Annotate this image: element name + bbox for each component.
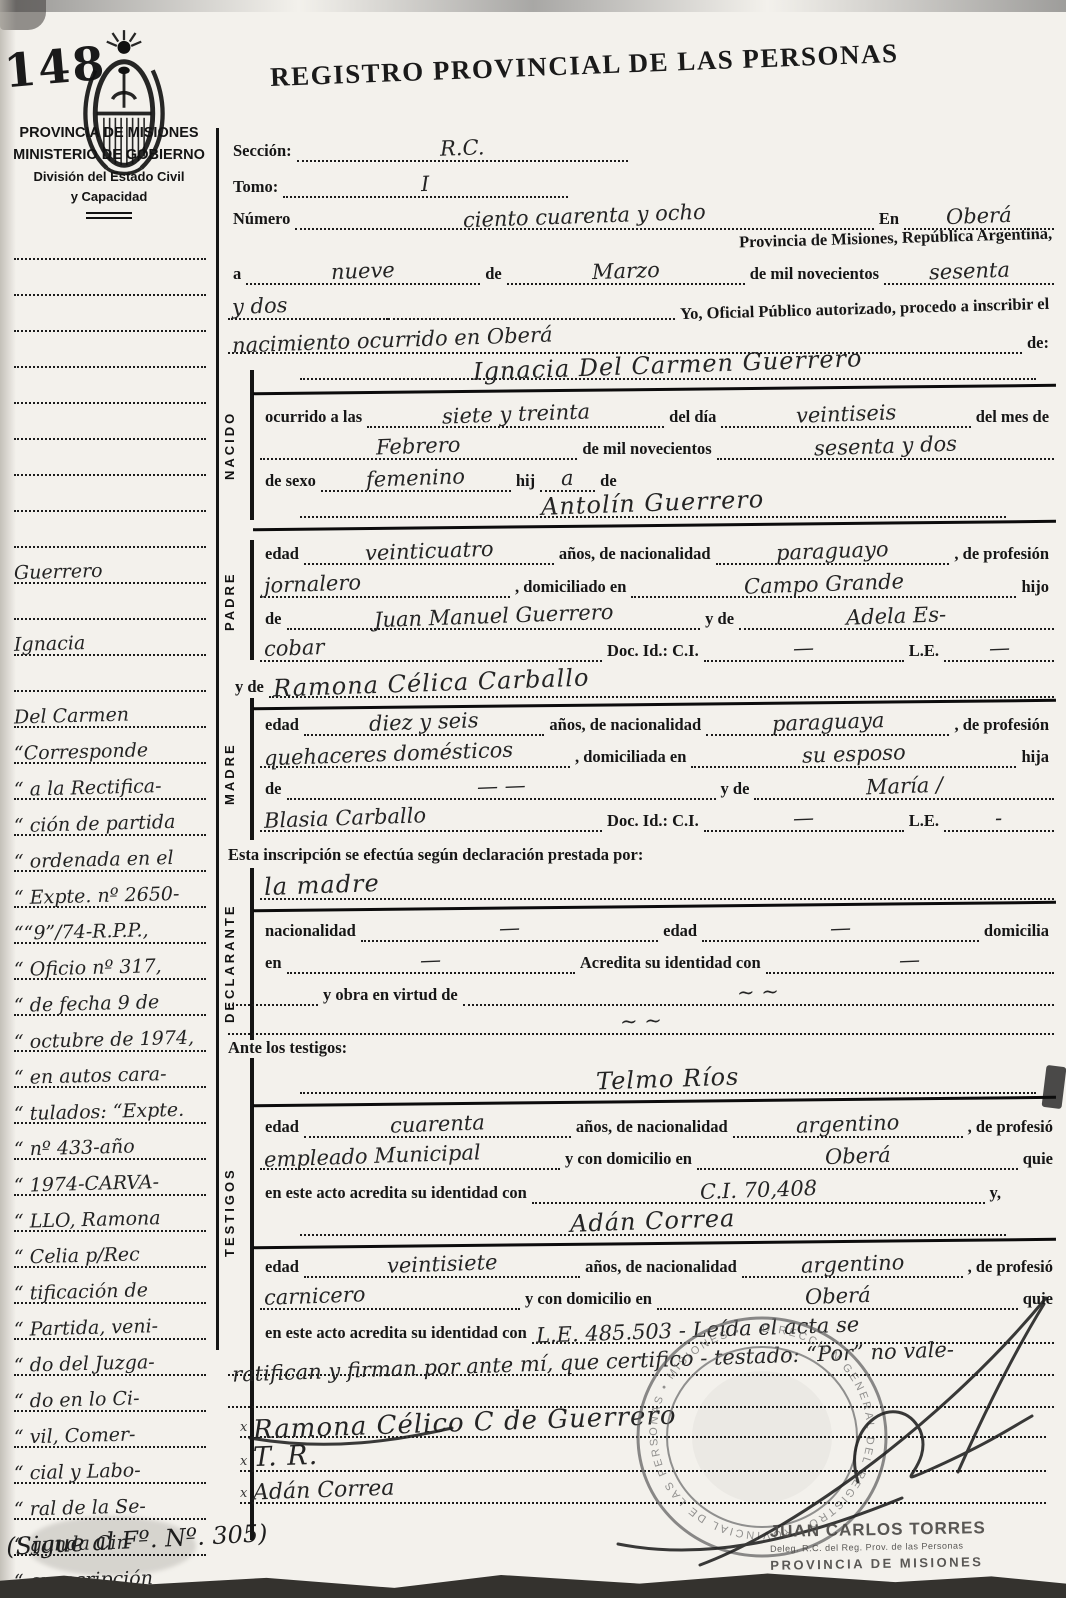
margin-line: “ en autos cara-	[14, 1052, 206, 1088]
witness1-name-row: Telmo Ríos	[300, 1064, 1036, 1094]
padre-abuelo: Juan Manuel Guerrero	[369, 602, 617, 632]
nacido-day: veintiseis	[792, 402, 901, 427]
margin-note-text: “ ral de la Se-	[14, 1497, 146, 1519]
declarante-row3: y obra en virtud de ∼ ∼	[228, 976, 1054, 1006]
w2-domicilio: Oberá	[800, 1285, 874, 1309]
padre-le: —	[984, 638, 1014, 660]
w1-nacionalidad: argentino	[792, 1112, 904, 1137]
madre-nacionalidad: paraguaya	[767, 710, 888, 735]
margin-line: “ ral de la Se-	[14, 1484, 206, 1520]
w1-prof-label: , de profesió	[963, 1117, 1058, 1138]
official-role: Deleg. R.C. del Reg. Prov. de las Person…	[770, 1540, 986, 1554]
margin-line: Ignacia	[14, 620, 206, 656]
nacido-hour-line: siete y treinta	[367, 404, 664, 428]
nacido-month-label: del mes de	[971, 407, 1054, 428]
date-row: a nueve de Marzo de mil novecientos sese…	[228, 255, 1054, 285]
tomo-value-line: I	[283, 174, 568, 198]
madre-section-bar	[250, 698, 254, 840]
seccion-row: Sección: R.C.	[228, 132, 628, 162]
padre-abuela-cont: cobar	[260, 637, 329, 660]
madre-section-label: MADRE	[222, 724, 237, 824]
margin-line: “ octubre de 1974,	[14, 1016, 206, 1052]
madre-ci: —	[789, 808, 819, 830]
padre-yde-label: y de	[700, 609, 739, 630]
padre-edad-line: veinticuatro	[304, 541, 554, 565]
margin-line: “ tificación de	[14, 1268, 206, 1304]
margin-line: “ ción de partida	[14, 800, 206, 836]
declarante-virtud-line: ∼ ∼	[463, 982, 1054, 1006]
margin-note-text: “ octubre de 1974,	[14, 1029, 195, 1053]
w2-edad: veintisiete	[382, 1252, 501, 1277]
nacido-year-label: de mil novecientos	[577, 439, 716, 460]
w2-prof-line: carnicero	[260, 1286, 520, 1310]
margin-note-text: “Corresponde	[14, 741, 149, 764]
margin-line: “ tulados: “Expte.	[14, 1088, 206, 1124]
section-divider-rule	[253, 384, 1056, 395]
padre-docid-label: Doc. Id.: C.I.	[602, 641, 704, 662]
registered-name-row: Ignacia Del Carmen Guerrero	[300, 350, 1036, 380]
margin-notes-column: Guerrero Ignacia Del Carmen “Corresponde…	[14, 224, 206, 1592]
padre-nac-label: años, de nacionalidad	[554, 544, 716, 565]
padre-abuela: Adela Es-	[842, 604, 951, 629]
office-line-capacity: y Capacidad	[8, 187, 210, 207]
padre-de-label: de	[260, 609, 287, 630]
madre-row1: edad diez y seis años, de nacionalidad p…	[260, 706, 1054, 736]
nacido-day-line: veintiseis	[721, 404, 970, 428]
padre-abuela-cont-line: cobar	[260, 638, 602, 662]
madre-abuela-line: María /	[754, 776, 1054, 800]
nacido-hour-label: ocurrido a las	[260, 407, 367, 428]
margin-note-text: “ LLO, Ramona	[14, 1209, 161, 1232]
nacido-year: sesenta y dos	[809, 434, 961, 460]
margin-note-text: “ tificación de	[14, 1281, 148, 1304]
margin-note-text: “ vil, Comer-	[14, 1425, 136, 1447]
padre-row2: jornalero , domiciliado en Campo Grande …	[260, 568, 1054, 598]
tomo-value: I	[417, 174, 434, 196]
year-cont-blank-line	[388, 318, 675, 320]
numero-row: Número ciento cuarenta y ocho En Oberá	[228, 200, 1054, 230]
tomo-row: Tomo: I	[228, 168, 568, 198]
nacido-year-line: sesenta y dos	[717, 436, 1054, 460]
w2-nacionalidad: argentino	[796, 1252, 908, 1277]
nacido-month: Febrero	[372, 435, 465, 459]
madre-profesion: quehaceres domésticos	[260, 740, 518, 770]
padre-divider-rule	[253, 520, 1056, 531]
w2-profesion: carnicero	[260, 1284, 370, 1309]
declarante-en-label: en	[260, 953, 287, 974]
margin-line: “ Oficio nº 317,	[14, 944, 206, 980]
margin-note-text: “ Partida, veni-	[14, 1317, 159, 1340]
witness2-name-line: Adán Correa	[300, 1209, 1006, 1236]
padre-abuela-line: Adela Es-	[739, 606, 1054, 630]
date-month-line: Marzo	[507, 261, 745, 285]
madre-row2: quehaceres domésticos , domiciliada en s…	[260, 738, 1054, 768]
declarante-dom-line: —	[287, 950, 575, 974]
w2-edad-label: edad	[260, 1257, 304, 1278]
father-name-row: Antolín Guerrero	[300, 488, 1006, 518]
hij-suffix: a	[557, 468, 578, 490]
margin-note-text: “ nº 433-año	[14, 1137, 135, 1159]
nacido-row1: ocurrido a las siete y treinta del día v…	[260, 398, 1054, 428]
madre-abuela-cont-line: Blasia Carballo	[260, 808, 602, 832]
date-year: sesenta	[924, 260, 1014, 284]
madre-le: -	[991, 808, 1007, 830]
witness1-row2: empleado Municipal y con domicilio en Ob…	[260, 1140, 1058, 1170]
madre-de-label: de	[260, 779, 287, 800]
numero-value-line: ciento cuarenta y ocho	[295, 206, 873, 230]
margin-note-text: ““9”/74-R.P.P.,	[14, 921, 149, 944]
declarante-virtud: ∼ ∼	[733, 981, 784, 1004]
madre-nac-line: paraguaya	[706, 712, 949, 736]
father-name: Antolín Guerrero	[537, 487, 769, 519]
margin-line: ““9”/74-R.P.P.,	[14, 908, 206, 944]
margin-note-text: “ ordenada en el	[14, 849, 174, 872]
padre-edad: veinticuatro	[360, 539, 497, 565]
seccion-value-line: R.C.	[297, 138, 628, 162]
signature-cross-mark: x	[240, 1454, 249, 1469]
tomo-label: Tomo:	[228, 177, 283, 198]
madre-abuelo: — —	[472, 775, 529, 798]
margin-line	[14, 296, 206, 332]
padre-profesion: jornalero	[260, 572, 366, 597]
padre-ci-line: —	[704, 638, 904, 662]
declarant-line: la madre	[260, 873, 1054, 900]
official-stamp-block: JUAN CARLOS TORRES Deleg. R.C. del Reg. …	[770, 1518, 987, 1573]
witness1-name: Telmo Ríos	[592, 1065, 744, 1094]
padre-section-label: PADRE	[222, 555, 237, 647]
madre-abuela: María /	[861, 775, 947, 799]
padre-domicilio: Campo Grande	[740, 571, 909, 598]
father-name-line: Antolín Guerrero	[300, 491, 1006, 518]
date-year-line: sesenta	[884, 261, 1054, 285]
declarante-row4: ∼ ∼	[228, 1005, 1054, 1035]
padre-dom-label: , domiciliado en	[510, 577, 631, 598]
madre-le-label: L.E.	[904, 811, 944, 832]
padre-section-bar	[250, 540, 254, 660]
nacido-hour: siete y treinta	[437, 401, 594, 427]
madre-name-line: Ramona Célica Carballo	[269, 671, 1054, 698]
w2-nac-line: argentino	[742, 1254, 963, 1278]
madre-abuela-cont: Blasia Carballo	[260, 805, 431, 832]
margin-note-text: “ a la Rectifica-	[14, 777, 162, 800]
margin-note-text: “ ción de partida	[14, 813, 176, 836]
birth-certificate-document: 148 REGISTRO PROVINCIAL DE L	[0, 0, 1066, 1598]
padre-row1: edad veinticuatro años, de nacionalidad …	[260, 535, 1054, 565]
registered-name: Ignacia Del Carmen Guerrero	[469, 346, 867, 384]
w1-profesion: empleado Municipal	[260, 1142, 485, 1171]
margin-line: “ do en lo Ci-	[14, 1376, 206, 1412]
w1-id-label: en este acto acredita su identidad con	[260, 1183, 532, 1204]
year-cont-line: y dos	[228, 296, 388, 320]
padre-ci: —	[789, 638, 819, 660]
nacido-month-line: Febrero	[260, 436, 577, 460]
witness2-row1: edad veintisiete años, de nacionalidad a…	[260, 1248, 1058, 1278]
padre-edad-label: edad	[260, 544, 304, 565]
declarante-domicilio: —	[416, 950, 446, 972]
padre-prof-label: , de profesión	[949, 544, 1054, 565]
margin-line: Del Carmen	[14, 692, 206, 728]
margin-line	[14, 656, 206, 692]
oficial-statement: Yo, Oficial Público autorizado, procedo …	[675, 294, 1055, 326]
nacido-row2: Febrero de mil novecientos sesenta y dos	[260, 430, 1054, 460]
margin-note-text: “ do en lo Ci-	[14, 1389, 140, 1411]
issuing-office-block: PROVINCIA DE MISIONES MINISTERIO DE GOBI…	[8, 122, 210, 219]
margin-line: Guerrero	[14, 548, 206, 584]
witness1-signature: T. R.	[249, 1442, 323, 1472]
declarant-value: la madre	[260, 871, 384, 899]
margin-note-text: “ en autos cara-	[14, 1065, 167, 1088]
madre-dom-line: su esposo	[691, 744, 1016, 768]
office-line-ministry: MINISTERIO DE GOBIERNO	[8, 144, 210, 166]
witness2-name-row: Adán Correa	[300, 1206, 1006, 1236]
date-a-label: a	[228, 264, 246, 285]
declarante-edad: —	[826, 918, 856, 940]
declarante-nacionalidad: —	[495, 918, 525, 940]
declarante-extra-line: ∼ ∼	[228, 1011, 1054, 1035]
w1-id: C.I. 70,408	[695, 1178, 821, 1203]
margin-line: “ 1974-CARVA-	[14, 1160, 206, 1196]
margin-line: “ a la Rectifica-	[14, 764, 206, 800]
w1-id-line: C.I. 70,408	[532, 1180, 985, 1204]
declarante-id-line: —	[766, 950, 1054, 974]
margin-line: “ do del Juzga-	[14, 1340, 206, 1376]
w1-domicilio: Oberá	[820, 1145, 894, 1169]
padre-row4: cobar Doc. Id.: C.I. — L.E. —	[260, 632, 1054, 662]
margin-note-text: Guerrero	[14, 562, 103, 583]
madre-docid-label: Doc. Id.: C.I.	[602, 811, 704, 832]
madre-ci-line: —	[704, 808, 904, 832]
margin-line: “ Expte. nº 2650-	[14, 872, 206, 908]
margin-line	[14, 332, 206, 368]
w1-quien-label: quie	[1018, 1149, 1058, 1170]
madre-hija-label: hija	[1016, 747, 1054, 768]
padre-nac-line: paraguayo	[716, 541, 950, 565]
padre-dom-line: Campo Grande	[631, 574, 1016, 598]
en-label: En	[874, 209, 904, 230]
document-title: REGISTRO PROVINCIAL DE LAS PERSONAS	[270, 38, 899, 93]
margin-note-text: “ 1974-CARVA-	[14, 1173, 159, 1196]
witness2-name: Adán Correa	[566, 1206, 740, 1236]
seccion-value: R.C.	[436, 137, 489, 160]
padre-row3: de Juan Manuel Guerrero y de Adela Es-	[260, 600, 1054, 630]
testigos-section-label: TESTIGOS	[222, 1160, 237, 1264]
w2-nac-label: años, de nacionalidad	[580, 1257, 742, 1278]
declarante-divider-rule	[253, 901, 1056, 912]
office-line-province: PROVINCIA DE MISIONES	[8, 122, 210, 144]
official-office: PROVINCIA DE MISIONES	[770, 1554, 986, 1573]
madre-intro-row: y de Ramona Célica Carballo	[230, 668, 1054, 698]
declarante-virtud-label: y obra en virtud de	[318, 985, 463, 1006]
witness1-row1: edad cuarenta años, de nacionalidad arge…	[260, 1108, 1058, 1138]
mother-signature: Ramona Célico C de Guerrero	[249, 1402, 681, 1443]
declarant-row: la madre	[260, 870, 1054, 900]
margin-note-text: “ do del Juzga-	[14, 1353, 155, 1376]
declarante-extra-mark: ∼ ∼	[616, 1010, 667, 1033]
w1-y-label: y,	[985, 1183, 1006, 1204]
w1-edad-label: edad	[260, 1117, 304, 1138]
margin-line: “ nº 433-año	[14, 1124, 206, 1160]
margin-note-text: “ de fecha 9 de	[14, 993, 160, 1016]
declarante-edad-label: edad	[658, 921, 702, 942]
padre-le-line: —	[944, 638, 1054, 662]
margin-note-text: “ Celia p/Rec	[14, 1245, 140, 1267]
declarante-row1: nacionalidad — edad — domicilia	[260, 912, 1054, 942]
margin-note-text: Del Carmen	[14, 705, 130, 727]
date-de-label: de	[480, 264, 507, 285]
madre-yde2-label: y de	[716, 779, 755, 800]
declarante-edad-line: —	[702, 918, 979, 942]
margin-line: “ Celia p/Rec	[14, 1232, 206, 1268]
declarante-row2: en — Acredita su identidad con —	[260, 944, 1054, 974]
w2-quien-label: quie	[1018, 1289, 1058, 1310]
margin-line	[14, 224, 206, 260]
w2-prof-label: , de profesió	[963, 1257, 1058, 1278]
w1-edad-line: cuarenta	[304, 1114, 571, 1138]
madre-row4: Blasia Carballo Doc. Id.: C.I. — L.E. -	[260, 802, 1054, 832]
numero-label: Número	[228, 209, 295, 230]
madre-edad: diez y seis	[365, 710, 483, 735]
madre-yde-label: y de	[230, 677, 269, 698]
madre-le-line: -	[944, 808, 1054, 832]
w2-edad-line: veintisiete	[304, 1254, 580, 1278]
witness1-divider-rule	[253, 1096, 1056, 1107]
margin-note-text: “ tulados: “Expte.	[14, 1101, 185, 1124]
date-day: nueve	[327, 260, 399, 283]
margin-line	[14, 368, 206, 404]
testigos-intro: Ante los testigos:	[228, 1038, 347, 1058]
w1-edad: cuarenta	[386, 1112, 489, 1137]
date-month: Marzo	[588, 260, 664, 284]
w1-prof-line: empleado Municipal	[260, 1146, 560, 1170]
madre-nac-label: años, de nacionalidad	[544, 715, 706, 736]
margin-note-text: “ Expte. nº 2650-	[14, 885, 180, 908]
madre-prof-line: quehaceres domésticos	[260, 744, 570, 768]
w1-nac-line: argentino	[733, 1114, 963, 1138]
madre-prof-label: , de profesión	[949, 715, 1054, 736]
declarante-nac-line: —	[361, 918, 658, 942]
margin-line	[14, 440, 206, 476]
margin-line: “ cial y Labo-	[14, 1448, 206, 1484]
margin-line: “ vil, Comer-	[14, 1412, 206, 1448]
office-line-division: División del Estado Civil	[8, 167, 210, 187]
madre-edad-label: edad	[260, 715, 304, 736]
date-day-line: nueve	[246, 261, 480, 285]
margin-line: “ Partida, veni-	[14, 1304, 206, 1340]
declarante-dom-label: domicilia	[979, 921, 1054, 942]
madre-row3: de — — y de María /	[260, 770, 1054, 800]
padre-abuelo-line: Juan Manuel Guerrero	[287, 606, 701, 630]
madre-name: Ramona Célica Carballo	[269, 666, 594, 701]
nacido-day-label: del día	[664, 407, 721, 428]
margin-note-text: “ Oficio nº 317,	[14, 957, 162, 980]
declarante-intro: Esta inscripción se efectúa según declar…	[228, 845, 643, 865]
madre-abuelo-line: — —	[287, 776, 716, 800]
scan-right-edge-mark	[1042, 1065, 1066, 1109]
margin-note-text: “ cial y Labo-	[14, 1461, 141, 1483]
registered-name-line: Ignacia Del Carmen Guerrero	[300, 353, 1036, 380]
padre-nacionalidad: paraguayo	[772, 539, 893, 564]
madre-domicilio: su esposo	[798, 742, 910, 767]
padre-le-label: L.E.	[904, 641, 944, 662]
witness1-row3: en este acto acredita su identidad con C…	[260, 1174, 1006, 1204]
padre-prof-line: jornalero	[260, 574, 510, 598]
w2-id-label: en este acto acredita su identidad con	[260, 1323, 532, 1344]
witness2-signature: Adán Correa	[249, 1477, 399, 1504]
declarante-id-label: Acredita su identidad con	[575, 953, 766, 974]
margin-line	[14, 512, 206, 548]
margin-line	[14, 260, 206, 296]
official-name: JUAN CARLOS TORRES	[770, 1518, 986, 1542]
margin-line: “ ordenada en el	[14, 836, 206, 872]
year-cont-value: y dos	[228, 295, 292, 318]
declarante-id: —	[895, 950, 925, 972]
margin-line: “Corresponde	[14, 728, 206, 764]
w1-dom-line: Oberá	[697, 1146, 1018, 1170]
madre-edad-line: diez y seis	[304, 712, 544, 736]
declarante-nac-label: nacionalidad	[260, 921, 361, 942]
w1-dom-label: y con domicilio en	[560, 1149, 697, 1170]
margin-line	[14, 584, 206, 620]
margin-note-text: Ignacia	[14, 634, 86, 655]
seccion-label: Sección:	[228, 141, 297, 162]
date-mil-label: de mil novecientos	[745, 264, 884, 285]
numero-value: ciento cuarenta y ocho	[459, 202, 710, 232]
margin-line: “ LLO, Ramona	[14, 1196, 206, 1232]
year-cont-row: y dos Yo, Oficial Público autorizado, pr…	[228, 290, 1054, 320]
nacido-section-label: NACIDO	[222, 398, 237, 492]
madre-dom-label: , domiciliada en	[570, 747, 691, 768]
margin-line: “ de fecha 9 de	[14, 980, 206, 1016]
margin-line	[14, 476, 206, 512]
witness1-name-line: Telmo Ríos	[300, 1067, 1036, 1094]
office-underline-mark	[86, 212, 132, 219]
form-left-border	[216, 128, 219, 1350]
padre-hijo-label: hijo	[1016, 577, 1054, 598]
scan-top-smudge	[0, 0, 1066, 12]
w1-nac-label: años, de nacionalidad	[571, 1117, 733, 1138]
margin-line	[14, 404, 206, 440]
